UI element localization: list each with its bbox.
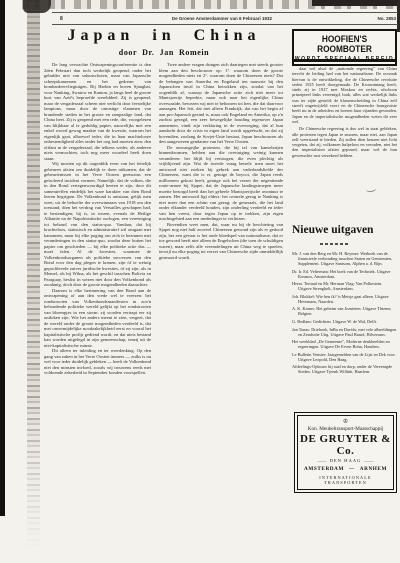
ad-hoofien-line1: HOOFIEN'S ROOMBOTER bbox=[298, 34, 391, 54]
new-release-entry: Herm. Tertaud en Mr. Herman Vlag: Van Po… bbox=[292, 281, 397, 291]
gruyter-tagline: INTERNATIONALE TRANSPORTEN bbox=[300, 475, 391, 485]
newspaper-scan-page: 8 De Groene Amsterdammer van 6 Februari … bbox=[0, 0, 400, 563]
dash-left: —— bbox=[314, 458, 329, 463]
ad-gruyter-inner: ♔ Kon. Meubeltransport-Maatschappij DE G… bbox=[297, 415, 394, 490]
new-release-entry: A. K. Krams: Het geheim van Jezuïeten. U… bbox=[292, 306, 397, 316]
article-paragraph: De omvangrijke protesten, die bij tal va… bbox=[159, 145, 283, 222]
issue-number: No. 2853 bbox=[354, 16, 398, 21]
article-paragraph: daar wel alsof de „nationale regeering” … bbox=[292, 66, 397, 124]
scan-artifact-left-edge bbox=[0, 0, 5, 516]
scan-artifact-top-right bbox=[312, 0, 400, 6]
crown-icon: ♔ bbox=[300, 419, 391, 425]
article-paragraph: Daarom is elke herinnering van den Bond … bbox=[44, 288, 151, 349]
article-column-right: daar wel alsof de „nationale regeering” … bbox=[292, 66, 397, 218]
new-release-entry: Le Bulletin Venster: Jaargemelden van de… bbox=[292, 352, 397, 362]
scan-artifact-corner-blob bbox=[23, 0, 51, 13]
new-releases-heading: Nieuwe uitgaven bbox=[292, 224, 397, 236]
article-paragraph: Bovendien weet men, dat, waar nu bij de … bbox=[159, 222, 283, 261]
article-byline: door Dr. Jan Romein bbox=[44, 48, 284, 57]
new-release-entry: Joh. Blokkel: Wie ben ik? 'n Meisje gaat… bbox=[292, 294, 397, 304]
gruyter-name: DE GRUYTER & Co. bbox=[300, 433, 391, 457]
new-release-entry: Jan Tonas: Driehoek, InBa en Davids; met… bbox=[292, 327, 397, 337]
article-column-left: De lang verwachte Ontwapeningsconferenti… bbox=[44, 62, 151, 470]
new-release-entry: Afdeelings-Opbouw bij stad en dorp, onde… bbox=[292, 364, 397, 374]
gruyter-route: AMSTERDAM — ARNHEM bbox=[300, 466, 391, 472]
article-title-block: Japan in China door Dr. Jan Romein bbox=[44, 27, 284, 57]
section-rule bbox=[292, 59, 397, 62]
gruyter-city-right: ARNHEM bbox=[360, 466, 387, 472]
article-title: Japan in China bbox=[44, 27, 284, 45]
masthead-row: 8 De Groene Amsterdammer van 6 Februari … bbox=[52, 12, 398, 25]
ad-gruyter-box: ♔ Kon. Meubeltransport-Maatschappij DE G… bbox=[294, 412, 397, 493]
article-column-middle: Twee andere vragen dringen zich daartege… bbox=[159, 62, 283, 470]
article-paragraph: Wij moeten op dit oogenblik even van het… bbox=[44, 161, 151, 288]
heading-flourish bbox=[320, 243, 350, 245]
gruyter-city-left: AMSTERDAM bbox=[304, 466, 344, 472]
new-release-entry: Dr. Ir. Ed. Velterman: Het boek van de T… bbox=[292, 269, 397, 279]
dash-right: —— bbox=[361, 458, 376, 463]
scan-artifact-fold-band bbox=[27, 0, 40, 563]
masthead-title: De Groene Amsterdammer van 6 Februari 19… bbox=[90, 16, 354, 21]
new-release-entry: Het weekblad „De Gemeente”, Moderne denk… bbox=[292, 339, 397, 349]
article-paragraph: De Chineesche regeering is dus wel in st… bbox=[292, 126, 397, 158]
article-paragraph: Twee andere vragen dringen zich daartege… bbox=[159, 62, 283, 145]
article-paragraph: Dit alleen ter inleiding en ter overdenk… bbox=[44, 348, 151, 376]
new-releases-list: Mr. J. van den Berg en Mr. H. Reymer: We… bbox=[292, 251, 397, 409]
article-paragraph: De lang verwachte Ontwapeningsconferenti… bbox=[44, 62, 151, 161]
new-release-entry: Mr. J. van den Berg en Mr. H. Reymer: We… bbox=[292, 251, 397, 266]
page-number: 8 bbox=[52, 16, 90, 22]
new-release-entry: G. Bedlam: Gedichten. Uitgave W. de Wal,… bbox=[292, 319, 397, 324]
gruyter-route-dash: — bbox=[349, 466, 355, 472]
gruyter-company-type: Kon. Meubeltransport-Maatschappij bbox=[300, 426, 391, 432]
gruyter-city: ——DEN HAAG—— bbox=[300, 458, 391, 463]
